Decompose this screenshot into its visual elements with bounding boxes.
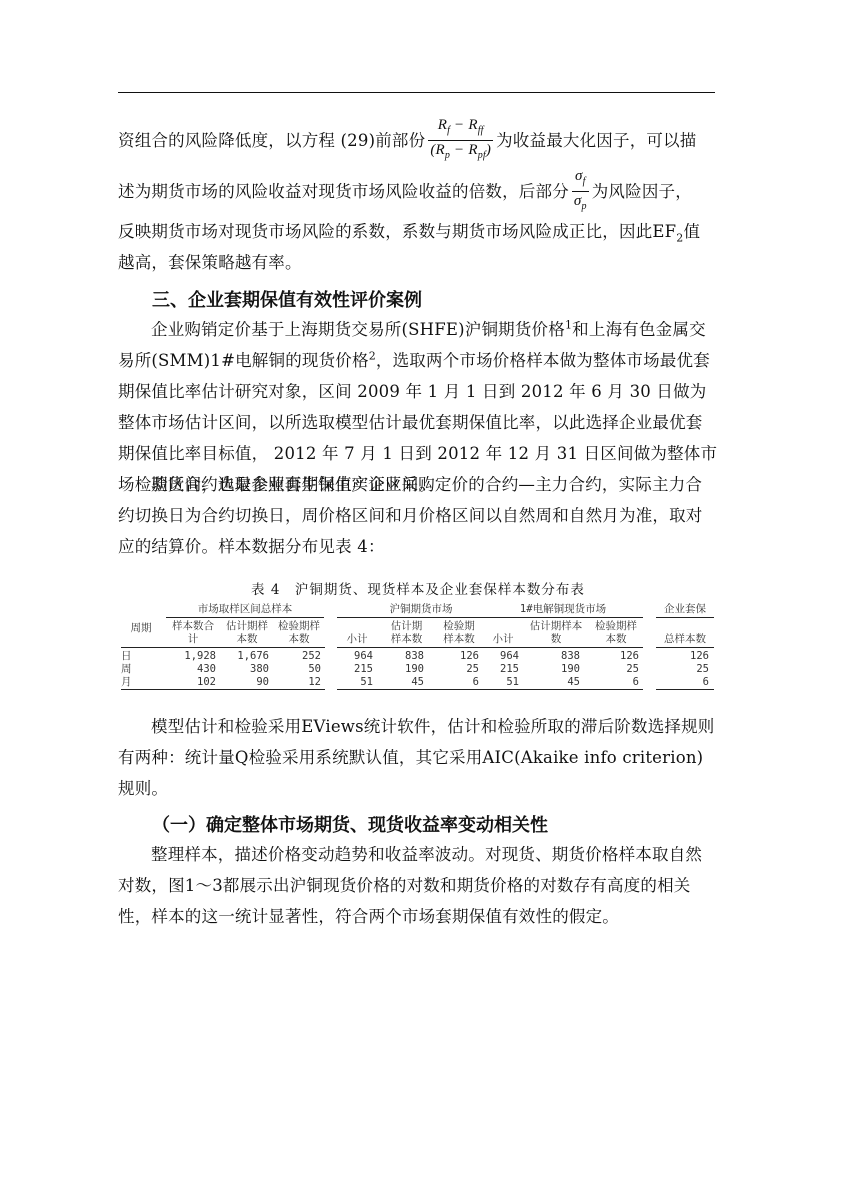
cell: 126 [589,650,639,662]
col-header: 本数 [221,633,273,645]
text: 期货合约选取参照再生铜生产企业采购定价的合约—主力合约，实际主力合约切换日为合约… [118,475,703,556]
col-header: 检验期样 [273,620,325,632]
col-header: 样本数合 [166,620,220,632]
cell: 190 [526,663,580,675]
subsection-heading: （一）确定整体市场期货、现货收益率变动相关性 [152,812,548,840]
cell-period: 周 [121,663,132,675]
cell: 380 [221,663,269,675]
col-header: 小计 [483,633,523,645]
cell: 25 [589,663,639,675]
cell: 25 [656,663,709,675]
symbol: (R [430,142,445,158]
formula-risk-factor: σf σp [572,167,589,216]
paragraph-software: 模型估计和检验采用EViews统计软件，估计和检验所取的滞后阶数选择规则有两种：… [118,711,718,804]
cell: 838 [526,650,580,662]
col-header: 本数 [589,633,643,645]
cell: 102 [166,676,216,688]
col-header: 本数 [273,633,325,645]
col-header: 总样本数 [656,633,714,645]
col-header: 数 [526,633,586,645]
subscript: f [583,176,586,187]
cell: 190 [384,663,424,675]
text: 整理样本，描述价格变动趋势和收益率波动。对现货、期货价格样本取自然对数，图1～3… [118,845,702,926]
symbol: R [438,117,447,133]
cell: 25 [434,663,479,675]
group-header: 1#电解铜现货市场 [483,603,643,615]
cell: 50 [273,663,321,675]
cell: 964 [337,650,373,662]
cell: 1,928 [166,650,216,662]
section-heading: 三、企业套期保值有效性评价案例 [152,287,422,315]
text: 模型估计和检验采用EViews统计软件，估计和检验所取的滞后阶数选择规则有两种：… [118,717,715,798]
col-header: 计 [166,633,220,645]
cell: 252 [273,650,321,662]
subscript: p [582,201,587,212]
cell-period: 日 [121,650,132,662]
cell: 838 [384,650,424,662]
text-line: 为收益最大化因子，可以描 [496,125,696,156]
text-line: 为风险因子， [592,176,692,207]
col-header: 样本数 [384,633,429,645]
group-header: 市场取样区间总样本 [166,603,324,615]
symbol: σ [574,193,582,209]
cell: 430 [166,663,216,675]
subscript: 2 [676,231,683,244]
footnote-ref[interactable]: 2 [369,350,376,363]
symbol: ) [486,142,491,158]
cell: 45 [526,676,580,688]
cell-period: 月 [121,676,132,688]
cell: 12 [273,676,321,688]
cell: 45 [384,676,424,688]
col-header: 小计 [337,633,377,645]
paragraph-contract-selection: 期货合约选取参照再生铜生产企业采购定价的合约—主力合约，实际主力合约切换日为合约… [118,469,718,562]
cell: 215 [483,663,519,675]
header-rule [118,92,715,93]
cell: 215 [337,663,373,675]
cell: 90 [221,676,269,688]
cell: 6 [656,676,709,688]
operator: − [450,142,468,158]
paragraph-correlation: 整理样本，描述价格变动趋势和收益率波动。对现货、期货价格样本取自然对数，图1～3… [118,839,718,932]
col-header: 估计期样 [221,620,273,632]
cell: 51 [337,676,373,688]
col-header: 估计期样本 [526,620,586,632]
group-header: 企业套保 [656,603,714,615]
col-header: 估计期 [384,620,429,632]
symbol: R [468,142,477,158]
text-line: 资组合的风险降低度，以方程 (29)前部份 [118,125,425,156]
cell: 6 [434,676,479,688]
cell: 6 [589,676,639,688]
cell: 1,676 [221,650,269,662]
cell: 964 [483,650,519,662]
group-header: 沪铜期货市场 [351,603,491,615]
col-header-period: 周期 [121,622,161,634]
text-line: 述为期货市场的风险收益对现货市场风险收益的倍数，后部分 [118,176,569,207]
text-line: 反映期货市场对现货市场风险的系数，系数与期货市场风险成正比，因此EF [118,222,676,241]
symbol: σ [575,168,583,184]
text: 企业购销定价基于上海期货交易所(SHFE)沪铜期货价格 [151,320,565,339]
cell: 126 [656,650,709,662]
cell: 51 [483,676,519,688]
col-header: 检验期样 [589,620,643,632]
subscript: pf [478,150,486,161]
table-title: 表 4 沪铜期货、现货样本及企业套保样本数分布表 [118,578,718,598]
symbol: R [468,117,477,133]
formula-return-factor: Rf − Rff (Rp − Rpf) [428,116,493,165]
cell: 126 [434,650,479,662]
text-line: 越高，套保策略越有率。 [118,253,302,272]
col-header: 检验期 [434,620,484,632]
paragraph-risk-factor: 资组合的风险降低度，以方程 (29)前部份 Rf − Rff (Rp − Rpf… [118,118,718,278]
operator: − [450,117,468,133]
text-line: 值 [684,222,701,241]
subscript: ff [478,125,484,136]
col-header: 样本数 [434,633,484,645]
